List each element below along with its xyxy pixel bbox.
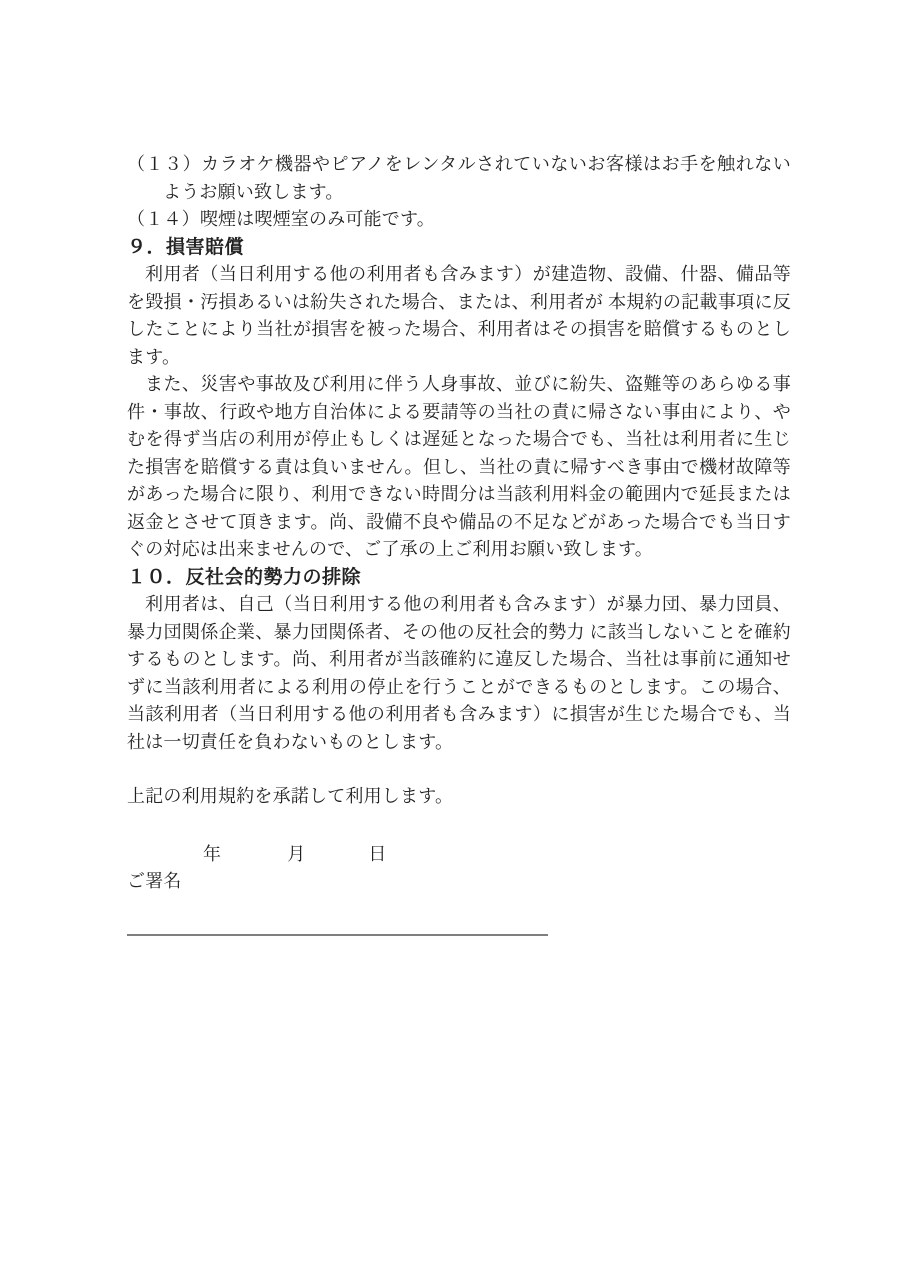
signature-line	[127, 934, 548, 936]
year-label: 年	[203, 844, 221, 864]
list-item-13-label: （１３）	[127, 154, 201, 174]
signature-label: ご署名	[127, 868, 791, 896]
list-item-13: （１３）カラオケ機器やピアノをレンタルされていないお客様はお手を触れないようお願…	[127, 151, 791, 206]
section-antisocial-heading: １０．反社会的勢力の排除	[127, 564, 791, 592]
list-item-14-text: 喫煙は喫煙室のみ可能です。	[200, 209, 435, 229]
month-label: 月	[287, 844, 305, 864]
section-damages-heading: ９．損害賠償	[127, 234, 791, 262]
list-item-13-text: カラオケ機器やピアノをレンタルされていないお客様はお手を触れないようお願い致しま…	[163, 154, 791, 202]
list-item-14: （１４）喫煙は喫煙室のみ可能です。	[127, 206, 791, 234]
section-antisocial-paragraph-1: 利用者は、自己（当日利用する他の利用者も含みます）が暴力団、暴力団員、暴力団関係…	[127, 591, 791, 756]
document-page: （１３）カラオケ機器やピアノをレンタルされていないお客様はお手を触れないようお願…	[0, 0, 905, 1280]
document-content: （１３）カラオケ機器やピアノをレンタルされていないお客様はお手を触れないようお願…	[127, 151, 791, 936]
date-line: 年月日	[127, 841, 791, 869]
section-damages-paragraph-1: 利用者（当日利用する他の利用者も含みます）が建造物、設備、什器、備品等を毀損・汚…	[127, 261, 791, 371]
day-label: 日	[368, 844, 386, 864]
list-item-14-label: （１４）	[127, 209, 200, 229]
section-damages-paragraph-2: また、災害や事故及び利用に伴う人身事故、並びに紛失、盗難等のあらゆる事件・事故、…	[127, 371, 791, 564]
acceptance-statement: 上記の利用規約を承諾して利用します。	[127, 783, 791, 811]
